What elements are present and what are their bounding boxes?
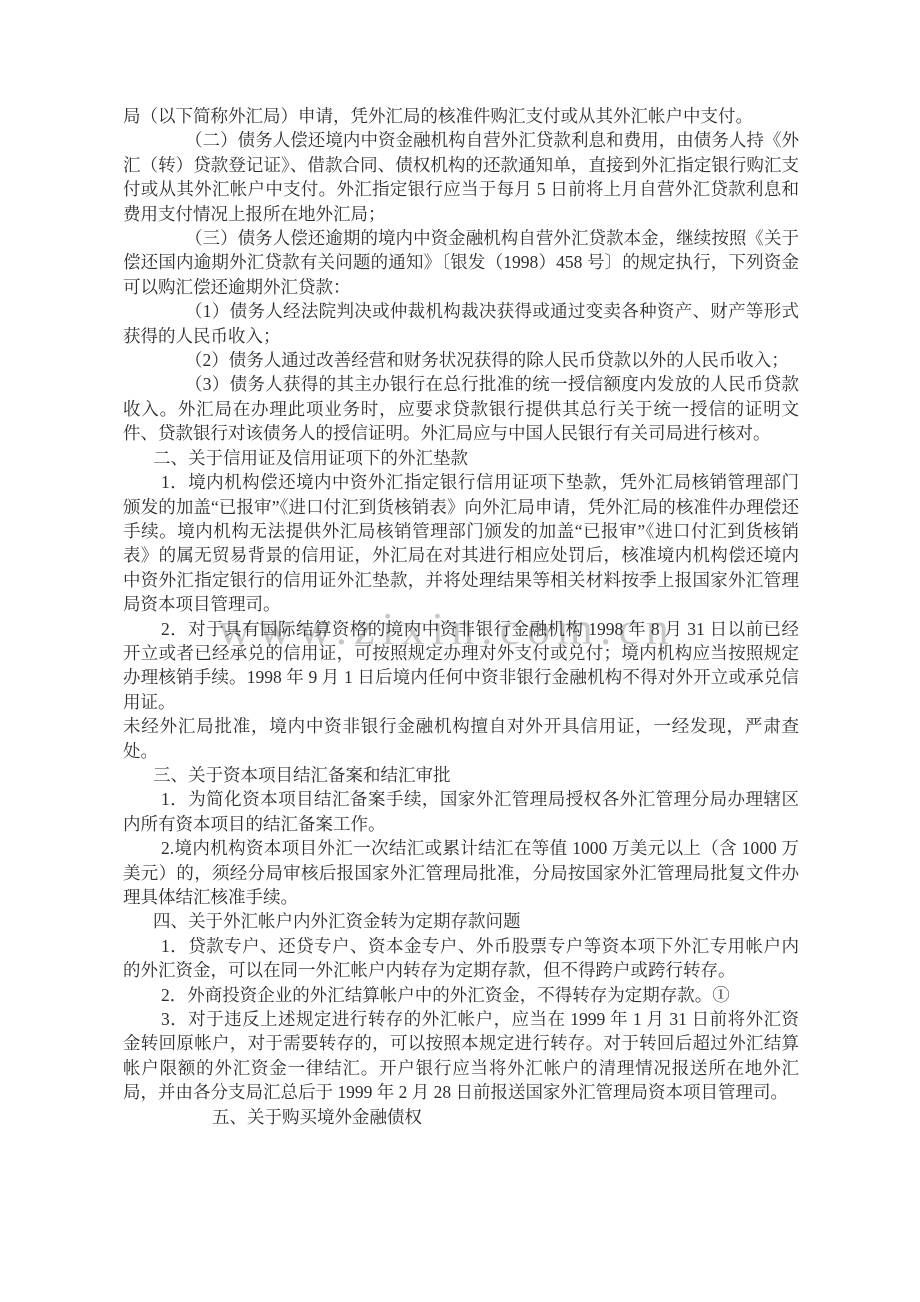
section-heading-3: 三、关于资本项目结汇备案和结汇审批: [123, 763, 799, 787]
section-heading-5: 五、关于购买境外金融债权: [123, 1105, 799, 1129]
paragraph-sec2-item-2: 2．对于具有国际结算资格的境内中资非银行金融机构 1998 年 8 月 31 日…: [123, 617, 799, 715]
paragraph-sec4-item-1: 1．贷款专户、还贷专户、资本金专户、外币股票专户等资本项下外汇专用帐户内的外汇资…: [123, 934, 799, 983]
paragraph-sec4-item-3: 3．对于违反上述规定进行转存的外汇帐户，应当在 1999 年 1 月 31 日前…: [123, 1007, 799, 1105]
document-body: 局（以下简称外汇局）申请，凭外汇局的核准件购汇支付或从其外汇帐户中支付。 （二）…: [123, 104, 799, 1129]
paragraph-sec2-note: 未经外汇局批准，境内中资非银行金融机构擅自对外开具信用证，一经发现，严肃查处。: [123, 714, 799, 763]
paragraph-subitem-2: （2）债务人通过改善经营和财务状况获得的除人民币贷款以外的人民币收入；: [123, 348, 799, 372]
paragraph-sec2-item-1: 1．境内机构偿还境内中资外汇指定银行信用证项下垫款，凭外汇局核销管理部门颁发的加…: [123, 470, 799, 616]
paragraph-sec4-item-2: 2．外商投资企业的外汇结算帐户中的外汇资金，不得转存为定期存款。①: [123, 983, 799, 1007]
section-heading-4: 四、关于外汇帐户内外汇资金转为定期存款问题: [123, 909, 799, 933]
paragraph-subitem-3: （3）债务人获得的其主办银行在总行批准的统一授信额度内发放的人民币贷款收入。外汇…: [123, 372, 799, 445]
paragraph-sec3-item-1: 1．为简化资本项目结汇备案手续，国家外汇管理局授权各外汇管理分局办理辖区内所有资…: [123, 787, 799, 836]
paragraph-item-2: （二）债务人偿还境内中资金融机构自营外汇贷款利息和费用，由债务人持《外汇（转）贷…: [123, 128, 799, 226]
paragraph-sec3-item-2: 2.境内机构资本项目外汇一次结汇或累计结汇在等值 1000 万美元以上（含 10…: [123, 836, 799, 909]
paragraph-item-3: （三）债务人偿还逾期的境内中资金融机构自营外汇贷款本金，继续按照《关于偿还国内逾…: [123, 226, 799, 299]
section-heading-2: 二、关于信用证及信用证项下的外汇垫款: [123, 446, 799, 470]
paragraph-subitem-1: （1）债务人经法院判决或仲裁机构裁决获得或通过变卖各种资产、财产等形式获得的人民…: [123, 299, 799, 348]
paragraph-continuation: 局（以下简称外汇局）申请，凭外汇局的核准件购汇支付或从其外汇帐户中支付。: [123, 104, 799, 128]
document-page: www.zixin.com.cn 局（以下简称外汇局）申请，凭外汇局的核准件购汇…: [0, 0, 920, 1302]
